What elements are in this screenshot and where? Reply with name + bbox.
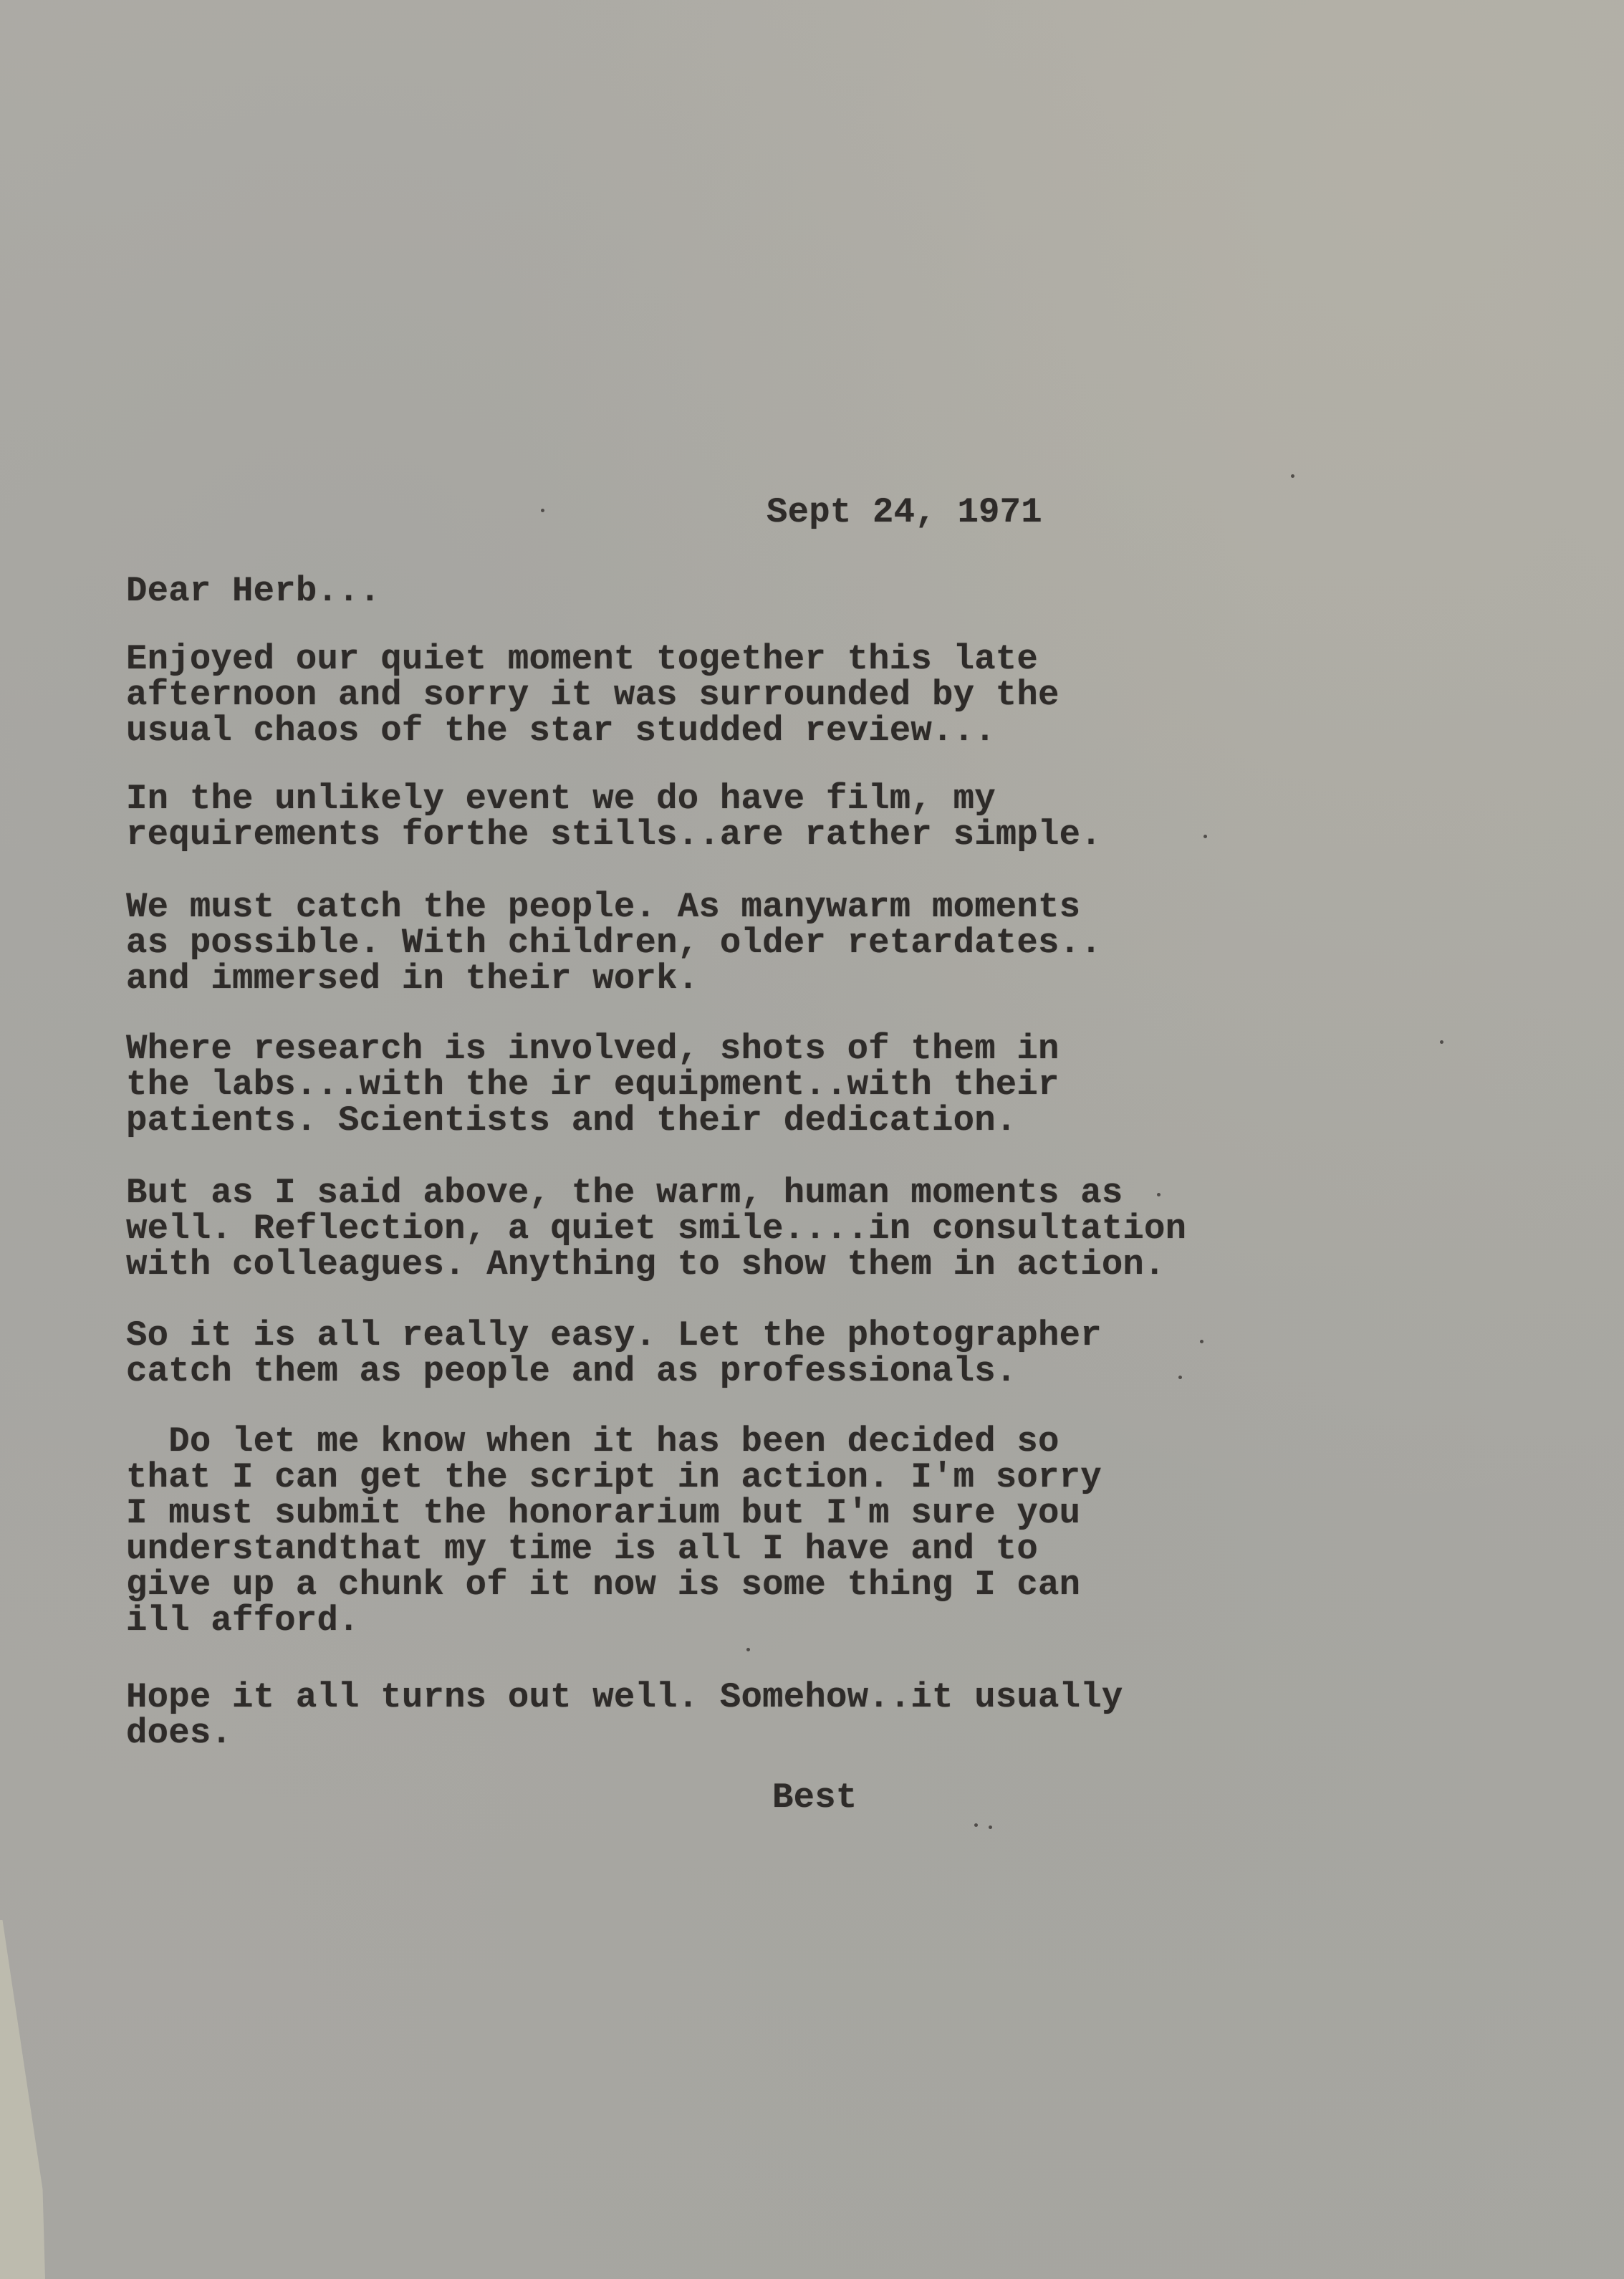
text-line: requirements forthe stills..are rather s…	[126, 817, 1102, 853]
ink-speck	[746, 1648, 750, 1651]
text-line: the labs...with the ir equipment..with t…	[126, 1067, 1060, 1103]
text-line: We must catch the people. As manywarm mo…	[126, 889, 1102, 925]
text-line: patients. Scientists and their dedicatio…	[126, 1103, 1060, 1138]
paragraph-1: Enjoyed our quiet moment together this l…	[126, 641, 1060, 749]
ink-speck	[974, 1823, 978, 1827]
text-line: afternoon and sorry it was surrounded by…	[126, 677, 1060, 713]
ink-speck	[1157, 1193, 1161, 1196]
text-line: In the unlikely event we do have film, m…	[126, 781, 1102, 817]
text-line: does.	[126, 1715, 1123, 1751]
paragraph-3: We must catch the people. As manywarm mo…	[126, 889, 1102, 997]
text-line: understandthat my time is all I have and…	[126, 1531, 1102, 1567]
text-line: Enjoyed our quiet moment together this l…	[126, 641, 1060, 677]
ink-speck	[541, 509, 544, 512]
text-line: usual chaos of the star studded review..…	[126, 713, 1060, 749]
paragraph-4: Where research is involved, shots of the…	[126, 1031, 1060, 1138]
letter-closing: Best	[772, 1780, 857, 1815]
text-line: and immersed in their work.	[126, 961, 1102, 997]
ink-speck	[1200, 1340, 1203, 1343]
text-line: with colleagues. Anything to show them i…	[126, 1247, 1186, 1282]
letter-salutation: Dear Herb...	[126, 573, 380, 609]
text-line: But as I said above, the warm, human mom…	[126, 1175, 1186, 1211]
text-line: catch them as people and as professional…	[126, 1353, 1102, 1389]
ink-speck	[989, 1825, 992, 1829]
letter-date: Sept 24, 1971	[767, 494, 1042, 530]
paragraph-6: So it is all really easy. Let the photog…	[126, 1318, 1102, 1389]
ink-speck	[1291, 474, 1294, 478]
text-line: well. Reflection, a quiet smile....in co…	[126, 1211, 1186, 1247]
text-line: I must submit the honorarium but I'm sur…	[126, 1495, 1102, 1531]
paragraph-7: Do let me know when it has been decided …	[126, 1424, 1102, 1639]
text-line: ill afford.	[126, 1603, 1102, 1639]
text-line: So it is all really easy. Let the photog…	[126, 1318, 1102, 1353]
ink-speck	[1203, 835, 1207, 838]
ink-speck	[1440, 1040, 1443, 1044]
text-line: Do let me know when it has been decided …	[126, 1424, 1102, 1459]
text-line: Where research is involved, shots of the…	[126, 1031, 1060, 1067]
text-line: Hope it all turns out well. Somehow..it …	[126, 1679, 1123, 1715]
text-line: that I can get the script in action. I'm…	[126, 1459, 1102, 1495]
paragraph-5: But as I said above, the warm, human mom…	[126, 1175, 1186, 1282]
text-line: give up a chunk of it now is some thing …	[126, 1567, 1102, 1603]
paragraph-8: Hope it all turns out well. Somehow..it …	[126, 1679, 1123, 1751]
ink-speck	[1178, 1376, 1182, 1379]
paragraph-2: In the unlikely event we do have film, m…	[126, 781, 1102, 853]
text-line: as possible. With children, older retard…	[126, 925, 1102, 961]
